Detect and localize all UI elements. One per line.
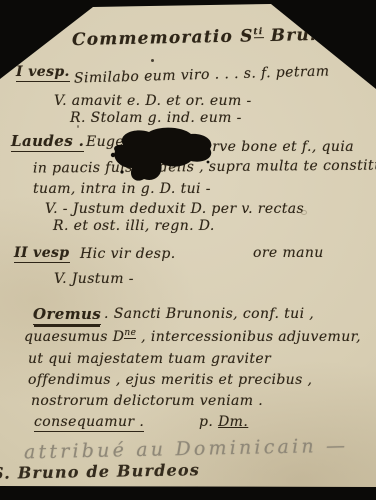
second-vespers-side-note: ore manu: [253, 245, 324, 261]
scan-background: Commemoratio Sti Brunonis I vesp. Simila…: [0, 0, 376, 500]
lauds-response: R. et ost. illi, regn. D.: [53, 218, 215, 234]
bottom-ink-note: S. Bruno de Burdeos: [0, 460, 200, 483]
collect-line4: offendimus , ejus meritis et precibus ,: [28, 372, 312, 388]
collect-label: Oremus: [33, 305, 101, 325]
title-superscript: ti: [253, 27, 263, 38]
second-vespers-antiphon: Hic vir desp.: [80, 246, 176, 262]
collect-closing-abbrev: Dm.: [218, 414, 248, 430]
title-post: Brunonis: [263, 24, 368, 46]
collect-line1: . Sancti Brunonis, conf. tui ,: [104, 306, 314, 322]
collect-line3: ut qui majestatem tuam graviter: [28, 351, 271, 367]
first-vespers-versicle: V. amavit e. D. et or. eum -: [54, 93, 252, 109]
collect-line2: quaesumus Dne , intercessionibus adjuvem…: [24, 329, 361, 345]
page-title: Commemoratio Sti Brunonis: [72, 24, 368, 50]
collect-line2-pre: quaesumus D: [24, 329, 124, 345]
ink-blot: [109, 125, 221, 187]
collect-line6: consequamur .: [34, 414, 144, 432]
paper-speck: [151, 59, 154, 62]
first-vespers-antiphon: Similabo eum viro . . . s. f. petram: [74, 63, 330, 86]
collect-line2-superscript: ne: [124, 328, 136, 339]
title-pre: Commemoratio S: [72, 26, 254, 50]
collect-closing: p. Dm.: [199, 414, 248, 430]
collect-line5: nostrorum delictorum veniam .: [31, 393, 263, 409]
collect-closing-pre: p.: [199, 414, 218, 430]
second-vespers-versicle: V. Justum -: [54, 271, 134, 287]
pencil-attribution-note: attribué au Dominicain —: [24, 435, 349, 464]
second-vespers-label: II vesp: [14, 245, 70, 263]
paper-speck: [301, 210, 307, 215]
lauds-label: Laudes .: [11, 132, 84, 152]
note-card: Commemoratio Sti Brunonis I vesp. Simila…: [0, 0, 376, 500]
first-vespers-response: R. Stolam g. ind. eum -: [70, 110, 242, 126]
first-vespers-label: I vesp.: [16, 64, 70, 82]
lauds-versicle: V. - Justum deduxit D. per v. rectas: [45, 201, 304, 217]
collect-line2-post: , intercessionibus adjuvemur,: [136, 329, 361, 345]
paper-speck: [77, 125, 79, 128]
